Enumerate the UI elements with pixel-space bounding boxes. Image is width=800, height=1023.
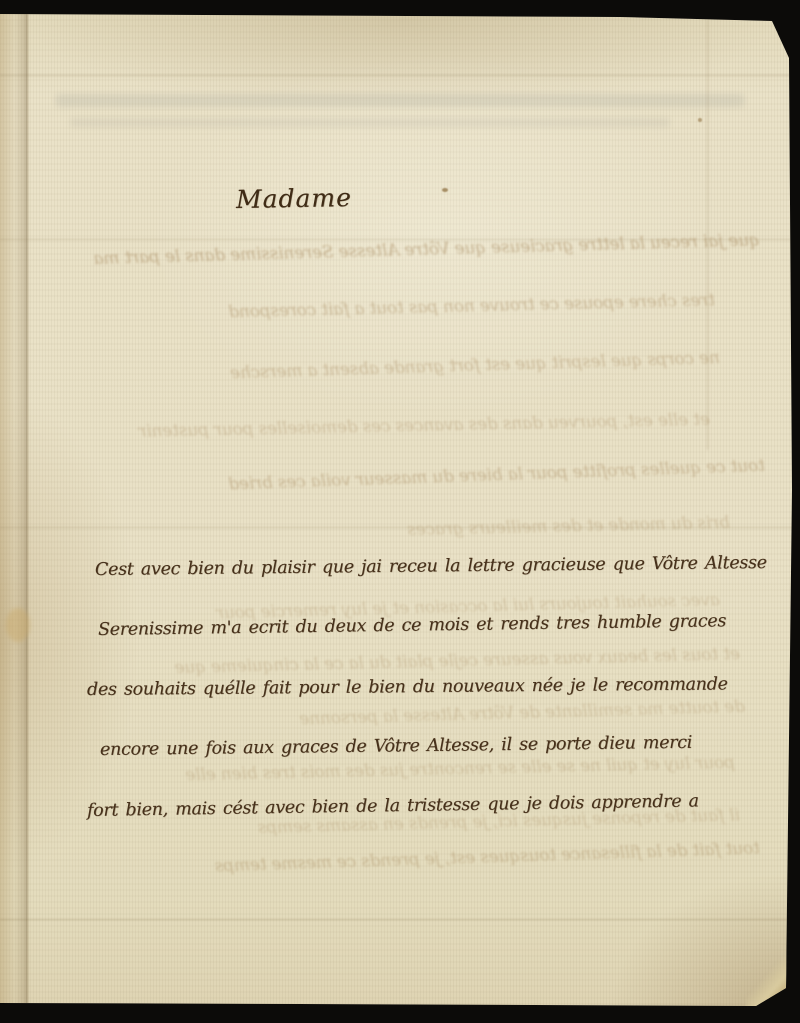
ink-stain: [442, 188, 448, 192]
ink-bleedthrough-line: de toutte ma semillante de Vôtre Altesse…: [85, 697, 745, 735]
ink-stain: [698, 118, 702, 122]
fold-crease-horizontal: [0, 74, 792, 77]
graphite-smudge: [70, 118, 670, 127]
curled-corner: [746, 947, 794, 1011]
paper-left-edge-shadow: [0, 14, 27, 1005]
letter-body-line: Cest avec bien du plaisir que jai receu …: [95, 553, 767, 580]
salutation: Madame: [236, 183, 352, 214]
manuscript-scan: que jai receu la lettre gracieuse que Vô…: [0, 0, 800, 1023]
ink-bleedthrough-line: tout ce quelles profitte pour la biere d…: [65, 456, 765, 500]
ink-bleedthrough-line: bris du monde et des meilleurs graces: [90, 513, 730, 548]
ink-bleedthrough-line: que jai receu la lettre gracieuse que Vô…: [70, 230, 760, 269]
ink-bleedthrough-line: ne corps que lesprit que est fort grande…: [80, 348, 720, 388]
ink-bleedthrough-line: tres chere epouse ce trouve non pas tout…: [95, 290, 715, 325]
letter-page: que jai receu la lettre gracieuse que Vô…: [0, 0, 800, 1023]
ink-bleedthrough-line: tout fait de la fillesance tousques est,…: [60, 838, 760, 881]
graphite-smudge: [55, 94, 745, 107]
fold-crease-horizontal: [0, 918, 792, 921]
ink-bleedthrough-line: et elle est, pourveu dans des avances ce…: [110, 410, 710, 443]
letter-body-line: des souhaits quélle fait pour le bien du…: [87, 674, 728, 700]
ink-stain: [6, 608, 30, 642]
